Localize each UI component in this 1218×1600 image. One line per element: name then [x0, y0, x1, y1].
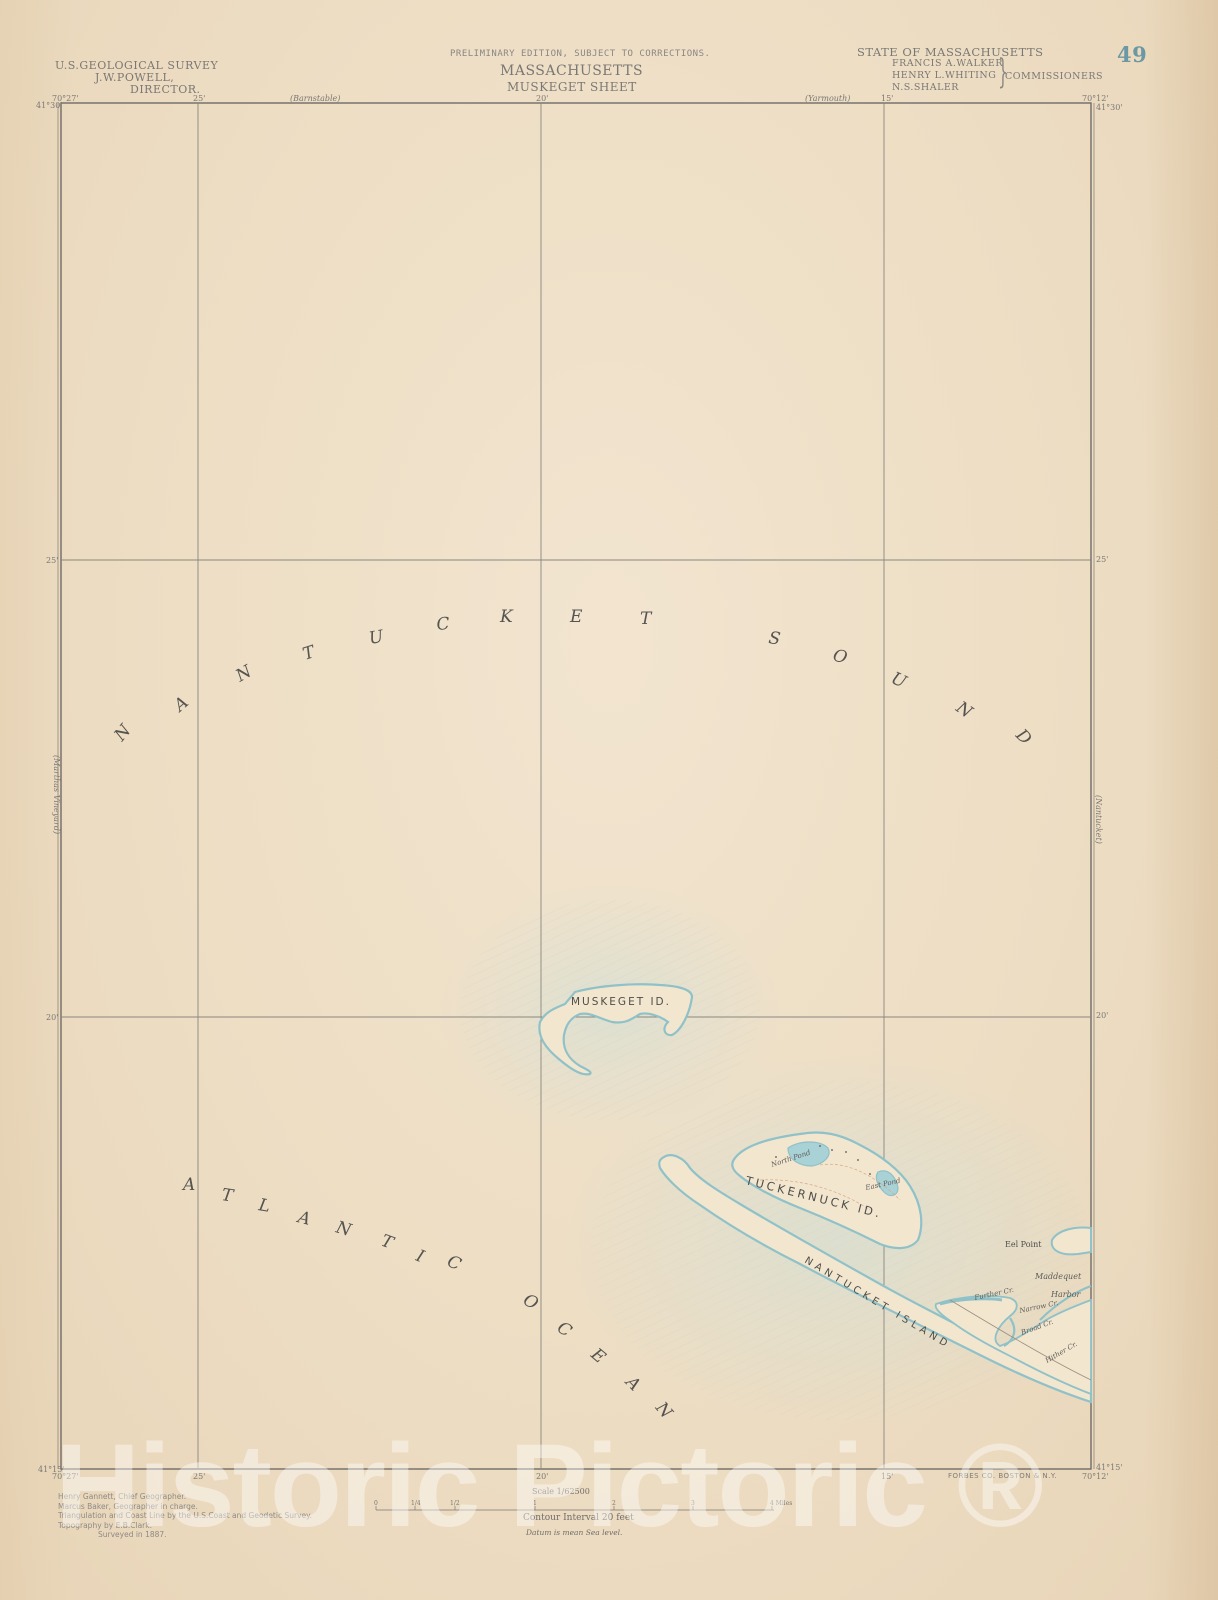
lat-right-0: 41°30' [1096, 103, 1123, 112]
lon-top-1: 25' [193, 94, 205, 103]
svg-text:U: U [888, 668, 910, 692]
lon-bottom-1: 25' [193, 1472, 205, 1481]
credit-line-4: Topography by E.B.Clark. [58, 1521, 312, 1531]
scale-tick-5: 3 [691, 1500, 695, 1507]
adjacent-sheet-yarmouth: (Yarmouth) [805, 94, 850, 103]
svg-text:N: N [333, 1217, 355, 1241]
contour-interval: Contour Interval 20 feet [523, 1513, 634, 1523]
lon-bottom-2: 20' [536, 1472, 548, 1481]
svg-text:T: T [640, 609, 653, 629]
svg-text:D: D [1011, 725, 1036, 750]
svg-text:A: A [620, 1371, 644, 1395]
lon-top-4: 70°12' [1082, 94, 1109, 103]
svg-text:E: E [586, 1344, 610, 1368]
label-maddequet: Maddequet [1034, 1272, 1082, 1281]
svg-text:N: N [951, 697, 976, 723]
label-eel-point: Eel Point [1005, 1240, 1042, 1249]
credit-line-1: Henry Gannett, Chief Geographer. [58, 1492, 312, 1502]
lat-right-2: 20' [1096, 1011, 1108, 1020]
credit-line-3: Triangulation and Coast Line by the U.S.… [58, 1511, 312, 1521]
lat-right-1: 25' [1096, 555, 1108, 564]
lon-top-2: 20' [536, 94, 548, 103]
lat-left-0: 41°30' [36, 101, 63, 110]
scale-tick-2: 1/2 [450, 1500, 460, 1507]
svg-text:T: T [300, 642, 319, 665]
svg-text:K: K [499, 607, 514, 627]
adjacent-sheet-nantucket: (Nantucket) [1094, 795, 1103, 844]
credit-line-5: Surveyed in 1887. [58, 1530, 312, 1540]
svg-text:A: A [169, 693, 193, 718]
survey-credits: Henry Gannett, Chief Geographer. Marcus … [58, 1492, 312, 1540]
map-canvas[interactable]: 70°27' 25' 20' 15' 70°12' 41°30' 41°30' … [0, 0, 1218, 1600]
svg-text:T: T [220, 1185, 236, 1207]
svg-text:O: O [831, 646, 850, 669]
lat-right-3: 41°15' [1096, 1463, 1123, 1472]
svg-text:N: N [110, 720, 136, 746]
svg-text:L: L [256, 1195, 272, 1217]
svg-text:O: O [520, 1290, 542, 1314]
lon-bottom-4: 70°12' [1082, 1472, 1109, 1481]
svg-text:A: A [181, 1175, 195, 1195]
svg-text:S: S [767, 628, 781, 649]
scale-tick-3: 1 [533, 1500, 537, 1507]
svg-text:I: I [412, 1246, 427, 1268]
adjacent-sheet-marthas-vineyard: (Marthas Vineyard) [52, 755, 61, 834]
svg-text:C: C [436, 614, 451, 635]
lon-top-3: 15' [881, 94, 893, 103]
scale-tick-1: 1/4 [411, 1500, 421, 1507]
scale-bar: 0 1/4 1/2 1 2 3 4 Miles [374, 1500, 792, 1510]
datum-note: Datum is mean Sea level. [526, 1528, 622, 1537]
svg-text:C: C [444, 1251, 464, 1275]
scale-label: Scale 1/62500 [532, 1487, 590, 1496]
scale-tick-6: 4 Miles [770, 1500, 792, 1507]
label-muskeget: MUSKEGET ID. [571, 996, 671, 1008]
scale-tick-4: 2 [612, 1500, 616, 1507]
svg-text:N: N [232, 661, 257, 687]
lon-bottom-3: 15' [881, 1472, 893, 1481]
adjacent-sheet-barnstable: (Barnstable) [290, 94, 340, 103]
svg-text:C: C [553, 1318, 575, 1342]
svg-text:U: U [367, 627, 385, 649]
label-harbor: Harbor [1050, 1290, 1082, 1299]
printer-credit: FORBES CO. BOSTON & N.Y. [948, 1472, 1057, 1480]
svg-text:A: A [294, 1207, 313, 1230]
svg-text:N: N [651, 1398, 677, 1424]
label-nantucket-sound: N A N T U C K E T S O U N D [110, 607, 1036, 749]
svg-text:T: T [378, 1231, 397, 1254]
credit-line-2: Marcus Baker, Geographer in charge. [58, 1502, 312, 1512]
svg-text:E: E [569, 607, 583, 627]
lon-bottom-0: 70°27' [52, 1472, 79, 1481]
lat-left-2: 20' [46, 1013, 58, 1022]
scale-tick-0: 0 [374, 1500, 378, 1507]
lat-left-1: 25' [46, 556, 58, 565]
